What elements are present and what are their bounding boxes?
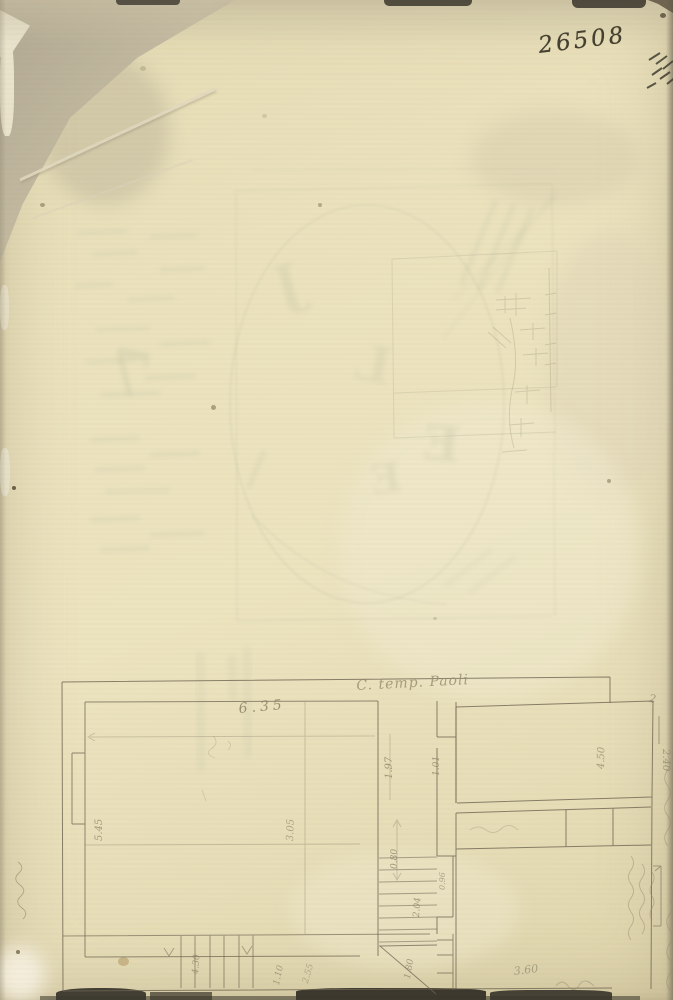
spot xyxy=(433,617,437,620)
measurement: 6.35 xyxy=(238,697,286,717)
ink-hatch-marks xyxy=(647,53,673,88)
measurement: 2.04 xyxy=(412,897,423,918)
ghost-circle xyxy=(230,205,504,603)
measurement: 0.80 xyxy=(390,849,400,869)
ghost-cross-diagonals xyxy=(443,190,557,339)
left-edge-shadow xyxy=(0,0,6,1000)
ghost-letter: / xyxy=(245,440,267,497)
crease-line xyxy=(33,159,193,219)
stair-diagonal xyxy=(379,945,437,994)
left-room-walls xyxy=(72,701,378,957)
ghost-letter: 7 xyxy=(101,333,158,413)
hatch-strokes xyxy=(647,53,673,88)
measurement: 1.10 xyxy=(272,964,286,986)
measurement: 4.30 xyxy=(191,954,202,975)
spot xyxy=(262,114,267,118)
spot xyxy=(12,486,16,490)
spot xyxy=(16,950,20,954)
backing-blob xyxy=(0,946,46,1000)
stain xyxy=(545,230,673,500)
spot xyxy=(607,479,611,483)
bottom-scan-edge xyxy=(56,988,146,1000)
ghost-diagonal-pair xyxy=(445,549,516,593)
floor-plan xyxy=(62,677,661,994)
upper-ghost-sketch xyxy=(75,167,557,772)
spot xyxy=(118,957,129,966)
verso-text-dashes xyxy=(75,231,210,550)
top-edge-shade xyxy=(0,0,673,45)
dimension-lines xyxy=(85,702,401,934)
ghost-letter: Ǝ xyxy=(368,454,405,505)
measurement: 1.80 xyxy=(403,958,416,979)
plan-title: C. temp. Paoli xyxy=(356,672,469,694)
stair-lower-cells xyxy=(437,934,453,990)
scan-edge-mark xyxy=(572,0,646,8)
bottom-scan-edge xyxy=(296,988,486,1000)
ghost-letter: L xyxy=(351,332,396,396)
bottom-scan-edge xyxy=(150,992,212,1000)
handwriting-squiggles xyxy=(16,736,673,990)
torn-chip xyxy=(0,448,10,496)
bottom-scan-edge xyxy=(490,990,612,1000)
illegible-note-right-edge xyxy=(665,756,673,990)
verso-vertical-smudges xyxy=(200,648,248,772)
wall-detail-fragment xyxy=(488,268,556,452)
measurement: 3.60 xyxy=(513,962,539,978)
measurement: 1.97 xyxy=(384,757,395,779)
spot xyxy=(140,66,146,71)
band-scribble xyxy=(470,825,518,832)
stain xyxy=(290,850,520,970)
ghost-outer-square xyxy=(234,184,555,621)
scan-edge-mark xyxy=(384,0,472,6)
stain xyxy=(470,110,640,205)
stair-treads xyxy=(379,857,437,942)
spot xyxy=(40,203,45,207)
corridor-walls xyxy=(378,701,456,956)
ghost-bottom-arc xyxy=(252,515,446,604)
margin-squiggle-left xyxy=(16,862,26,919)
torn-chip xyxy=(0,36,14,136)
measurement: 3.05 xyxy=(285,819,297,842)
spot xyxy=(660,13,666,18)
measurement: 2 xyxy=(648,692,657,706)
measurement: 2.55 xyxy=(301,963,316,985)
spot xyxy=(211,405,216,410)
right-edge-shadow xyxy=(666,0,673,1000)
ghost-inner-plan xyxy=(392,251,557,438)
ghost-letter: Ǝ xyxy=(421,415,462,474)
measurement: 1.01 xyxy=(432,756,442,776)
left-room-scribble xyxy=(202,736,231,801)
outer-border xyxy=(62,677,612,991)
torn-chip xyxy=(0,10,30,62)
bottom-right-room xyxy=(456,797,652,989)
torn-corner xyxy=(0,0,250,262)
crease-line xyxy=(19,88,215,182)
measurement: 2.40 xyxy=(660,749,671,771)
ghost-letter: J xyxy=(267,250,308,318)
catalog-number: 26508 xyxy=(537,22,628,59)
torn-chip xyxy=(0,285,9,330)
scan-edge-mark xyxy=(116,0,180,5)
paper-sheet: 7 J Ǝ Ǝ L / 26508 C. temp. Paoli 6.35 1.… xyxy=(0,0,673,1000)
stain xyxy=(40,55,170,205)
drawing-layer xyxy=(0,0,673,1000)
right-margin-bracket xyxy=(653,716,661,926)
bottom-strip-stairs xyxy=(63,934,430,988)
ghost-n-strokes xyxy=(461,200,532,293)
ghost-top-smudge xyxy=(250,167,556,172)
stain xyxy=(340,400,640,700)
bottom-scan-edge xyxy=(40,996,640,1000)
spot xyxy=(318,203,322,207)
measurement: 5.45 xyxy=(94,819,105,841)
tick-arrows xyxy=(164,946,252,956)
measurement: 0.96 xyxy=(438,872,447,890)
scan-edge-mark xyxy=(648,0,673,13)
measurement: 4.50 xyxy=(596,747,607,769)
scanned-document-page: 7 J Ǝ Ǝ L / 26508 C. temp. Paoli 6.35 1.… xyxy=(0,0,673,1000)
illegible-note-bottom-right xyxy=(556,981,594,990)
top-right-room xyxy=(456,701,653,803)
illegible-note-room xyxy=(629,856,655,940)
